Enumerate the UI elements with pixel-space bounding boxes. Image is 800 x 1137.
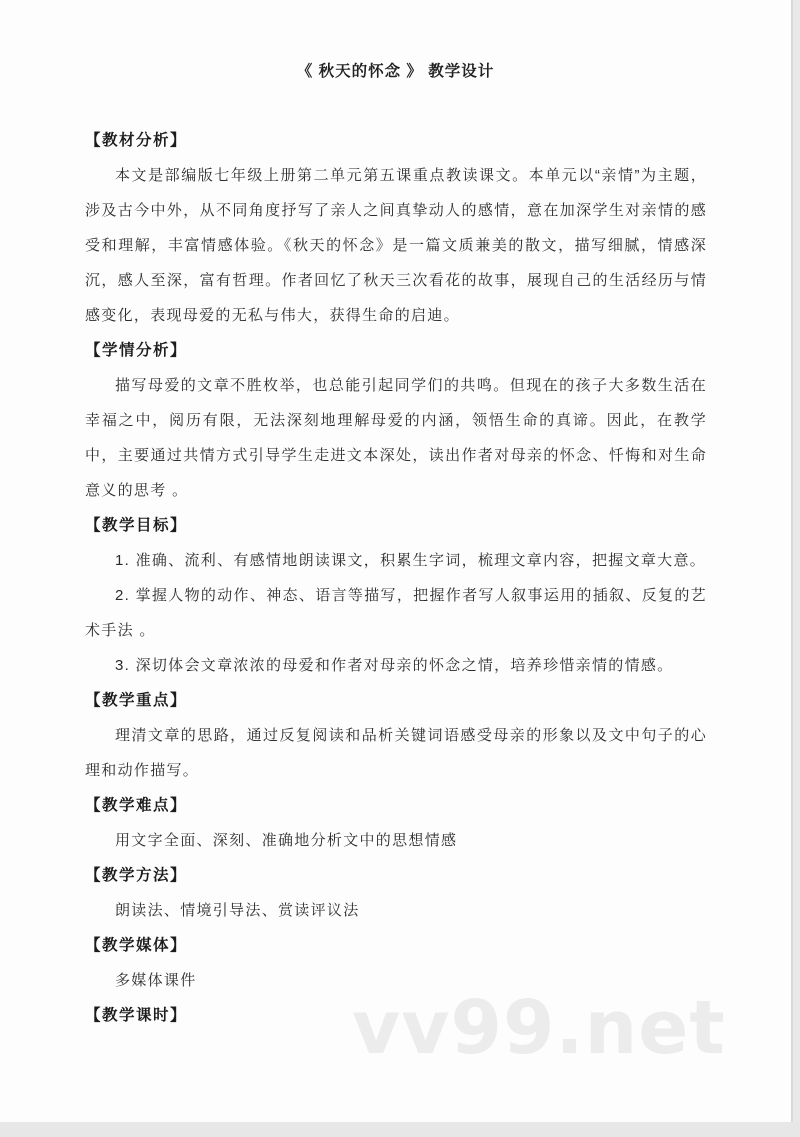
section-heading: 【教学媒体】 bbox=[85, 928, 707, 963]
paragraph: 多媒体课件 bbox=[85, 963, 707, 998]
paragraph: 本文是部编版七年级上册第二单元第五课重点教读课文。本单元以“亲情”为主题，涉及古… bbox=[85, 158, 707, 333]
section-body: 本文是部编版七年级上册第二单元第五课重点教读课文。本单元以“亲情”为主题，涉及古… bbox=[85, 158, 707, 333]
section-body: 描写母爱的文章不胜枚举，也总能引起同学们的共鸣。但现在的孩子大多数生活在幸福之中… bbox=[85, 368, 707, 508]
document-section: 【教学方法】 朗读法、情境引导法、赏读评议法 bbox=[85, 858, 707, 928]
document-section: 【教学难点】 用文字全面、深刻、准确地分析文中的思想情感 bbox=[85, 788, 707, 858]
paragraph: 用文字全面、深刻、准确地分析文中的思想情感 bbox=[85, 823, 707, 858]
paragraph: 3. 深切体会文章浓浓的母爱和作者对母亲的怀念之情，培养珍惜亲情的情感。 bbox=[85, 648, 707, 683]
section-heading: 【教学难点】 bbox=[85, 788, 707, 823]
section-heading: 【教学目标】 bbox=[85, 508, 707, 543]
paragraph: 2. 掌握人物的动作、神态、语言等描写，把握作者写人叙事运用的插叙、反复的艺术手… bbox=[85, 578, 707, 648]
document-section: 【教学重点】 理清文章的思路，通过反复阅读和品析关键词语感受母亲的形象以及文中句… bbox=[85, 683, 707, 788]
document-section: 【教学课时】 bbox=[85, 998, 707, 1033]
section-body: 朗读法、情境引导法、赏读评议法 bbox=[85, 893, 707, 928]
section-heading: 【教材分析】 bbox=[85, 123, 707, 158]
section-heading: 【教学方法】 bbox=[85, 858, 707, 893]
page-bottom-gap bbox=[0, 1122, 800, 1137]
paragraph: 1. 准确、流利、有感情地朗读课文，积累生字词，梳理文章内容，把握文章大意。 bbox=[85, 543, 707, 578]
document-section: 【教材分析】 本文是部编版七年级上册第二单元第五课重点教读课文。本单元以“亲情”… bbox=[85, 123, 707, 333]
document-section: 【教学目标】 1. 准确、流利、有感情地朗读课文，积累生字词，梳理文章内容，把握… bbox=[85, 508, 707, 683]
document-section: 【教学媒体】 多媒体课件 bbox=[85, 928, 707, 998]
section-heading: 【教学课时】 bbox=[85, 998, 707, 1033]
document-page: 《 秋天的怀念 》 教学设计 【教材分析】 本文是部编版七年级上册第二单元第五课… bbox=[0, 0, 793, 1122]
section-body: 用文字全面、深刻、准确地分析文中的思想情感 bbox=[85, 823, 707, 858]
section-body: 1. 准确、流利、有感情地朗读课文，积累生字词，梳理文章内容，把握文章大意。2.… bbox=[85, 543, 707, 683]
section-heading: 【教学重点】 bbox=[85, 683, 707, 718]
document-section: 【学情分析】 描写母爱的文章不胜枚举，也总能引起同学们的共鸣。但现在的孩子大多数… bbox=[85, 333, 707, 508]
document-title: 《 秋天的怀念 》 教学设计 bbox=[0, 57, 791, 87]
paragraph: 描写母爱的文章不胜枚举，也总能引起同学们的共鸣。但现在的孩子大多数生活在幸福之中… bbox=[85, 368, 707, 508]
paragraph: 理清文章的思路，通过反复阅读和品析关键词语感受母亲的形象以及文中句子的心理和动作… bbox=[85, 718, 707, 788]
section-body: 理清文章的思路，通过反复阅读和品析关键词语感受母亲的形象以及文中句子的心理和动作… bbox=[85, 718, 707, 788]
section-heading: 【学情分析】 bbox=[85, 333, 707, 368]
section-body: 多媒体课件 bbox=[85, 963, 707, 998]
sections: 【教材分析】 本文是部编版七年级上册第二单元第五课重点教读课文。本单元以“亲情”… bbox=[0, 123, 791, 1033]
paragraph: 朗读法、情境引导法、赏读评议法 bbox=[85, 893, 707, 928]
